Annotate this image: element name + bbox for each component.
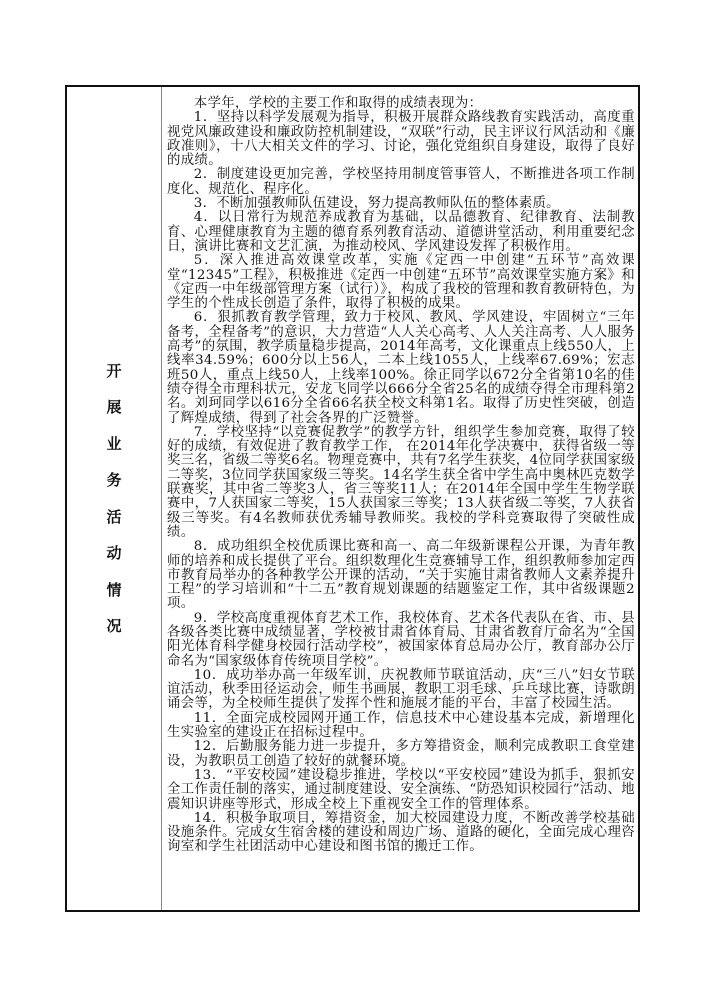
section-label-char: 动 [106, 535, 121, 572]
activity-table: 开 展 业 务 活 动 情 况 本学年，学校的主要工作和取得的成绩表现为： 1．… [65, 85, 640, 912]
item-paragraph-7: 7．学校坚持“以竞赛促教学”的教学方针，组织学生参加竞赛，取得了较好的成绩，有效… [167, 426, 635, 540]
item-paragraph-2: 2．制度建设更加完善，学校坚持用制度管事管人，不断推进各项工作制度化、规范化、程… [167, 168, 635, 197]
item-paragraph-5: 5．深入推进高效课堂改革，实施《定西一中创建“五环节”高效课堂“12345”工程… [167, 254, 635, 311]
content-cell: 本学年，学校的主要工作和取得的成绩表现为： 1．坚持以科学发展观为指导，积极开展… [162, 87, 638, 910]
section-label-cell: 开 展 业 务 活 动 情 况 [67, 87, 162, 910]
section-label-char: 开 [106, 353, 121, 390]
item-paragraph-10: 10．成功举办高一年级军训，庆祝教师节联谊活动，庆“三八”妇女节联谊活动，秋季田… [167, 669, 635, 712]
item-paragraph-6: 6．狠抓教育教学管理，致力于校风、教风、学风建设，牢固树立“三年备考，全程备考”… [167, 311, 635, 425]
item-paragraph-14: 14．积极争取项目，筹措资金，加大校园建设力度，不断改善学校基础设施条件。完成女… [167, 812, 635, 855]
item-paragraph-1: 1．坚持以科学发展观为指导，积极开展群众路线教育实践活动，高度重视党风廉政建设和… [167, 111, 635, 168]
section-label-char: 务 [106, 462, 121, 499]
item-paragraph-13: 13．“平安校园”建设稳步推进，学校以“平安校园”建设为抓手，狠抓安全工作责任制… [167, 769, 635, 812]
item-paragraph-8: 8．成功组织全校优质课比赛和高一、高二年级新课程公开课，为青年教师的培养和成长提… [167, 540, 635, 611]
item-paragraph-11: 11．全面完成校园网开通工作，信息技术中心建设基本完成，新增理化生实验室的建设正… [167, 712, 635, 741]
section-label-char: 况 [106, 608, 121, 645]
section-label-char: 情 [106, 572, 121, 609]
item-paragraph-12: 12．后勤服务能力进一步提升，多方筹措资金，顺利完成教职工食堂建设，为教职员工创… [167, 740, 635, 769]
item-paragraph-9: 9．学校高度重视体育艺术工作，我校体育、艺术各代表队在省、市、县各级各类比赛中成… [167, 612, 635, 669]
item-paragraph-4: 4．以日常行为规范养成教育为基础，以品德教育、纪律教育、法制教育、心理健康教育为… [167, 211, 635, 254]
section-label-char: 业 [106, 426, 121, 463]
section-label-char: 展 [106, 389, 121, 426]
section-label-char: 活 [106, 499, 121, 536]
